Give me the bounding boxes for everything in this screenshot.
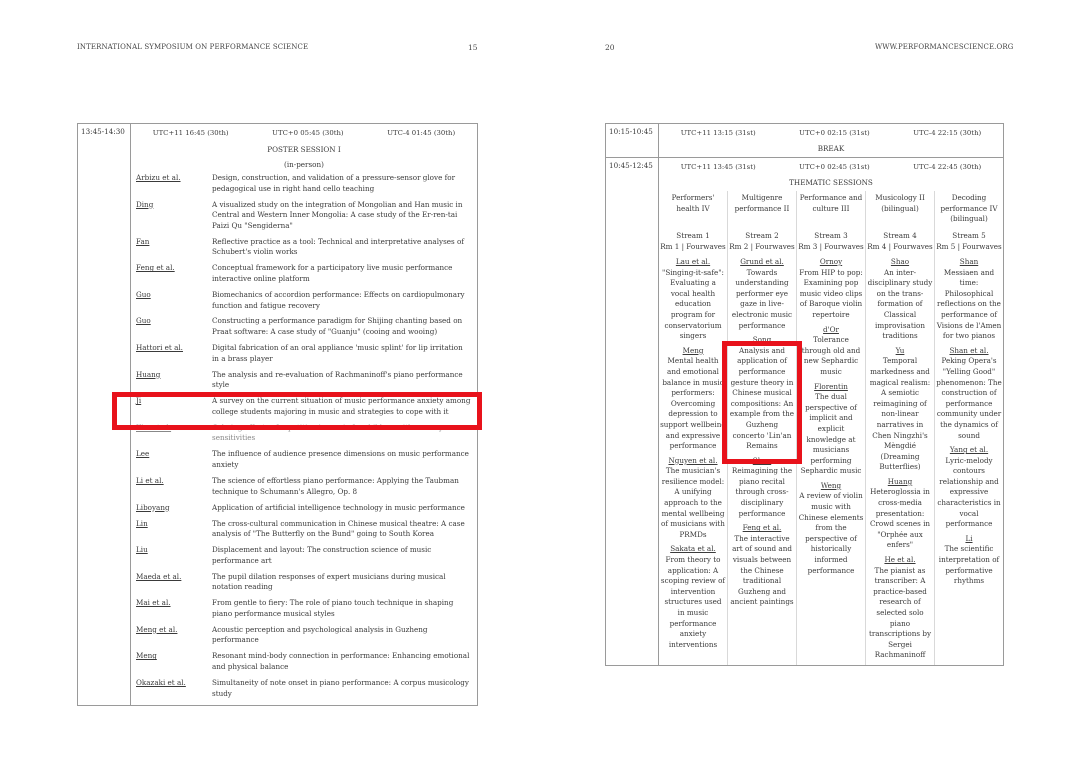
paper-entry: Shan et al.Peking Opera's "Yelling Good"… bbox=[936, 346, 1002, 441]
poster-row: LeeThe influence of audience presence di… bbox=[131, 449, 477, 470]
paper-author[interactable]: Li bbox=[936, 534, 1002, 545]
paper-author[interactable]: Weng bbox=[798, 481, 864, 492]
poster-title: Constructing a performance paradigm for … bbox=[212, 316, 471, 337]
paper-title: Messiaen and time: Philosophical reflect… bbox=[936, 268, 1002, 342]
paper-title: The scientific interpretation of perform… bbox=[936, 544, 1002, 586]
poster-row: LiboyangApplication of artificial intell… bbox=[131, 503, 477, 514]
paper-entry: Grund et al.Towards understanding perfor… bbox=[729, 257, 795, 331]
paper-entry: ShaoAn inter-disciplinary study on the t… bbox=[867, 257, 933, 342]
poster-row: Arbizu et al.Design, construction, and v… bbox=[131, 173, 477, 194]
poster-row: GuoConstructing a performance paradigm f… bbox=[131, 316, 477, 337]
utc-minus4: UTC-4 22:15 (30th) bbox=[913, 128, 981, 142]
paper-title: An inter-disciplinary study on the trans… bbox=[867, 268, 933, 342]
paper-title: Lyric-melody contours relationship and e… bbox=[936, 456, 1002, 530]
poster-title: Reflective practice as a tool: Technical… bbox=[212, 237, 471, 258]
stream-label: Stream 2 bbox=[729, 231, 795, 242]
poster-title: Acoustic perception and psychological an… bbox=[212, 625, 471, 646]
left-page: INTERNATIONAL SYMPOSIUM ON PERFORMANCE S… bbox=[0, 0, 540, 764]
poster-title: A visualized study on the integration of… bbox=[212, 200, 471, 232]
running-head: INTERNATIONAL SYMPOSIUM ON PERFORMANCE S… bbox=[77, 43, 308, 51]
break-title: BREAK bbox=[659, 142, 1003, 157]
paper-title: Tolerance through old and new Sephardic … bbox=[798, 335, 864, 377]
paper-entry: LiThe scientific interpretation of perfo… bbox=[936, 534, 1002, 587]
poster-author[interactable]: Feng et al. bbox=[136, 263, 212, 284]
stream-room: Stream 1Rm 1 | Fourwaves bbox=[660, 231, 726, 257]
poster-author[interactable]: Ding bbox=[136, 200, 212, 232]
poster-author[interactable]: Lin bbox=[136, 519, 212, 540]
poster-row: MengResonant mind-body connection in per… bbox=[131, 651, 477, 672]
poster-author[interactable]: Li et al. bbox=[136, 476, 212, 497]
paper-title: "Singing-it-safe": Evaluating a vocal he… bbox=[660, 268, 726, 342]
paper-title: From HIP to pop: Examining pop music vid… bbox=[798, 268, 864, 321]
poster-title: The analysis and re-evaluation of Rachma… bbox=[212, 370, 471, 391]
paper-author[interactable]: Feng et al. bbox=[729, 523, 795, 534]
poster-list: Arbizu et al.Design, construction, and v… bbox=[131, 173, 477, 699]
poster-row: Maeda et al.The pupil dilation responses… bbox=[131, 572, 477, 593]
utc-plus0: UTC+0 05:45 (30th) bbox=[272, 128, 343, 142]
poster-title: Resonant mind-body connection in perform… bbox=[212, 651, 471, 672]
session-title: POSTER SESSION I bbox=[131, 142, 477, 157]
poster-title: The science of effortless piano performa… bbox=[212, 476, 471, 497]
poster-author[interactable]: Mai et al. bbox=[136, 598, 212, 619]
paper-title: Mental health and emotional balance in m… bbox=[660, 356, 726, 451]
paper-entry: Nguyen et al.The musician's resilience m… bbox=[660, 456, 726, 541]
poster-row: GuoBiomechanics of accordion performance… bbox=[131, 290, 477, 311]
room-label: Rm 4 | Fourwaves bbox=[867, 242, 933, 253]
paper-entry: MengMental health and emotional balance … bbox=[660, 346, 726, 452]
utc-minus4: UTC-4 22:45 (30th) bbox=[913, 162, 981, 176]
poster-row: JiA survey on the current situation of m… bbox=[131, 396, 477, 417]
poster-title: Biomechanics of accordion performance: E… bbox=[212, 290, 471, 311]
poster-row: HuangThe analysis and re-evaluation of R… bbox=[131, 370, 477, 391]
stream-column-2: Multigenre performance IIStream 2Rm 2 | … bbox=[727, 191, 796, 665]
poster-author[interactable]: Fan bbox=[136, 237, 212, 258]
stream-label: Stream 1 bbox=[660, 231, 726, 242]
utc-plus11: UTC+11 13:15 (31st) bbox=[681, 128, 756, 142]
stream-column-3: Performance and culture IIIStream 3Rm 3 … bbox=[796, 191, 865, 665]
paper-author[interactable]: Grund et al. bbox=[729, 257, 795, 268]
paper-entry: FlorentinThe dual perspective of implici… bbox=[798, 382, 864, 477]
poster-author[interactable]: Ji bbox=[136, 396, 212, 417]
room-label: Rm 5 | Fourwaves bbox=[936, 242, 1002, 253]
paper-author[interactable]: Shen bbox=[729, 456, 795, 467]
poster-author[interactable]: Lee bbox=[136, 449, 212, 470]
paper-author[interactable]: d'Or bbox=[798, 325, 864, 336]
utc-plus11: UTC+11 13:45 (31st) bbox=[681, 162, 756, 176]
poster-author[interactable]: Hattori et al. bbox=[136, 343, 212, 364]
paper-entry: ShenReimagining the piano recital throug… bbox=[729, 456, 795, 520]
paper-author[interactable]: Nguyen et al. bbox=[660, 456, 726, 467]
stream-label: Stream 4 bbox=[867, 231, 933, 242]
utc-plus0: UTC+0 02:15 (31st) bbox=[799, 128, 870, 142]
poster-author[interactable]: Maeda et al. bbox=[136, 572, 212, 593]
stream-name: Performers' health IV bbox=[660, 191, 726, 231]
paper-entry: OrnoyFrom HIP to pop: Examining pop musi… bbox=[798, 257, 864, 321]
paper-title: The interactive art of sound and visuals… bbox=[729, 534, 795, 608]
poster-title: The pupil dilation responses of expert m… bbox=[212, 572, 471, 593]
poster-author[interactable]: Guo bbox=[136, 316, 212, 337]
poster-session-table: 13:45-14:30 UTC+11 16:45 (30th) UTC+0 05… bbox=[77, 123, 478, 706]
room-label: Rm 1 | Fourwaves bbox=[660, 242, 726, 253]
paper-title: The dual perspective of implicit and exp… bbox=[798, 392, 864, 477]
paper-entry: HuangHeteroglossia in cross-media presen… bbox=[867, 477, 933, 551]
paper-author[interactable]: Song bbox=[729, 335, 795, 346]
poster-row: Li et al.The science of effortless piano… bbox=[131, 476, 477, 497]
poster-title: From gentle to fiery: The role of piano … bbox=[212, 598, 471, 619]
paper-entry: He et al.The pianist as transcriber: A p… bbox=[867, 555, 933, 661]
poster-row: Kim et al.Calming effects of repetition … bbox=[131, 423, 477, 444]
stream-column-4: Musicology II (bilingual)Stream 4Rm 4 | … bbox=[865, 191, 934, 665]
poster-title: The influence of audience presence dimen… bbox=[212, 449, 471, 470]
thematic-time-slot: 10:45-12:45 bbox=[606, 158, 659, 666]
paper-title: Heteroglossia in cross-media presentatio… bbox=[867, 487, 933, 551]
paper-title: Peking Opera's "Yelling Good" phenomenon… bbox=[936, 356, 1002, 441]
thematic-session-table: 10:15-10:45 UTC+11 13:15 (31st) UTC+0 02… bbox=[605, 123, 1004, 666]
poster-title: The cross-cultural communication in Chin… bbox=[212, 519, 471, 540]
paper-author[interactable]: Shao bbox=[867, 257, 933, 268]
paper-entry: ShanMessiaen and time: Philosophical ref… bbox=[936, 257, 1002, 342]
paper-author[interactable]: Lau et al. bbox=[660, 257, 726, 268]
stream-room: Stream 5Rm 5 | Fourwaves bbox=[936, 231, 1002, 257]
paper-entry: SongAnalysis and application of performa… bbox=[729, 335, 795, 452]
paper-title: From theory to application: A scoping re… bbox=[660, 555, 726, 650]
paper-author[interactable]: Yang et al. bbox=[936, 445, 1002, 456]
paper-entry: YuTemporal markedness and magical realis… bbox=[867, 346, 933, 473]
paper-title: Towards understanding performer eye gaze… bbox=[729, 268, 795, 332]
room-label: Rm 3 | Fourwaves bbox=[798, 242, 864, 253]
stream-columns: Performers' health IVStream 1Rm 1 | Four… bbox=[659, 191, 1003, 665]
poster-row: LiuDisplacement and layout: The construc… bbox=[131, 545, 477, 566]
poster-row: FanReflective practice as a tool: Techni… bbox=[131, 237, 477, 258]
poster-row: Okazaki et al.Simultaneity of note onset… bbox=[131, 678, 477, 699]
poster-title: Design, construction, and validation of … bbox=[212, 173, 471, 194]
poster-author[interactable]: Meng bbox=[136, 651, 212, 672]
utc-plus0: UTC+0 02:45 (31st) bbox=[799, 162, 870, 176]
paper-author[interactable]: Shan et al. bbox=[936, 346, 1002, 357]
poster-row: DingA visualized study on the integratio… bbox=[131, 200, 477, 232]
utc-times: UTC+11 16:45 (30th) UTC+0 05:45 (30th) U… bbox=[131, 124, 477, 142]
page-number: 15 bbox=[468, 43, 478, 52]
paper-entry: Sakata et al.From theory to application:… bbox=[660, 544, 726, 650]
paper-entry: d'OrTolerance through old and new Sephar… bbox=[798, 325, 864, 378]
paper-entry: WengA review of violin music with Chines… bbox=[798, 481, 864, 576]
paper-author[interactable]: Yu bbox=[867, 346, 933, 357]
poster-title: Displacement and layout: The constructio… bbox=[212, 545, 471, 566]
running-head: WWW.PERFORMANCESCIENCE.ORG bbox=[875, 43, 1013, 51]
poster-author[interactable]: Liu bbox=[136, 545, 212, 566]
stream-column-5: Decoding performance IV (bilingual)Strea… bbox=[934, 191, 1003, 665]
stream-name: Musicology II (bilingual) bbox=[867, 191, 933, 231]
poster-author[interactable]: Okazaki et al. bbox=[136, 678, 212, 699]
poster-row: Mai et al.From gentle to fiery: The role… bbox=[131, 598, 477, 619]
paper-entry: Lau et al."Singing-it-safe": Evaluating … bbox=[660, 257, 726, 342]
stream-name: Decoding performance IV (bilingual) bbox=[936, 191, 1002, 231]
paper-author[interactable]: He et al. bbox=[867, 555, 933, 566]
poster-title: Conceptual framework for a participatory… bbox=[212, 263, 471, 284]
stream-room: Stream 3Rm 3 | Fourwaves bbox=[798, 231, 864, 257]
page-number: 20 bbox=[605, 43, 615, 52]
poster-row: Meng et al.Acoustic perception and psych… bbox=[131, 625, 477, 646]
room-label: Rm 2 | Fourwaves bbox=[729, 242, 795, 253]
poster-author[interactable]: Meng et al. bbox=[136, 625, 212, 646]
poster-title: Application of artificial intelligence t… bbox=[212, 503, 471, 514]
stream-room: Stream 4Rm 4 | Fourwaves bbox=[867, 231, 933, 257]
paper-title: Analysis and application of performance … bbox=[729, 346, 795, 452]
paper-author[interactable]: Shan bbox=[936, 257, 1002, 268]
paper-author[interactable]: Ornoy bbox=[798, 257, 864, 268]
time-slot: 13:45-14:30 bbox=[78, 124, 131, 706]
paper-entry: Feng et al.The interactive art of sound … bbox=[729, 523, 795, 608]
poster-author[interactable]: Liboyang bbox=[136, 503, 212, 514]
thematic-title: THEMATIC SESSIONS bbox=[659, 176, 1003, 191]
paper-author[interactable]: Sakata et al. bbox=[660, 544, 726, 555]
poster-author[interactable]: Guo bbox=[136, 290, 212, 311]
poster-row: Hattori et al.Digital fabrication of an … bbox=[131, 343, 477, 364]
break-time-slot: 10:15-10:45 bbox=[606, 124, 659, 158]
stream-name: Performance and culture III bbox=[798, 191, 864, 231]
poster-author[interactable]: Arbizu et al. bbox=[136, 173, 212, 194]
paper-author[interactable]: Meng bbox=[660, 346, 726, 357]
poster-title: Simultaneity of note onset in piano perf… bbox=[212, 678, 471, 699]
thematic-utc-times: UTC+11 13:45 (31st) UTC+0 02:45 (31st) U… bbox=[659, 158, 1003, 176]
paper-title: The pianist as transcriber: A practice-b… bbox=[867, 566, 933, 661]
utc-plus11: UTC+11 16:45 (30th) bbox=[153, 128, 229, 142]
paper-entry: Yang et al.Lyric-melody contours relatio… bbox=[936, 445, 1002, 530]
poster-title: Digital fabrication of an oral appliance… bbox=[212, 343, 471, 364]
paper-title: Reimagining the piano recital through cr… bbox=[729, 466, 795, 519]
paper-title: Temporal markedness and magical realism:… bbox=[867, 356, 933, 473]
session-mode: (in-person) bbox=[131, 157, 477, 173]
poster-row: Feng et al.Conceptual framework for a pa… bbox=[131, 263, 477, 284]
poster-title: A survey on the current situation of mus… bbox=[212, 396, 471, 417]
poster-title: Calming effects of repetition in music f… bbox=[212, 423, 471, 444]
stream-column-1: Performers' health IVStream 1Rm 1 | Four… bbox=[659, 191, 727, 665]
stream-room: Stream 2Rm 2 | Fourwaves bbox=[729, 231, 795, 257]
stream-label: Stream 5 bbox=[936, 231, 1002, 242]
paper-author[interactable]: Florentin bbox=[798, 382, 864, 393]
break-utc-times: UTC+11 13:15 (31st) UTC+0 02:15 (31st) U… bbox=[659, 124, 1003, 142]
paper-title: A review of violin music with Chinese el… bbox=[798, 491, 864, 576]
stream-label: Stream 3 bbox=[798, 231, 864, 242]
poster-author[interactable]: Kim et al. bbox=[136, 423, 212, 444]
poster-row: LinThe cross-cultural communication in C… bbox=[131, 519, 477, 540]
utc-minus4: UTC-4 01:45 (30th) bbox=[387, 128, 455, 142]
paper-author[interactable]: Huang bbox=[867, 477, 933, 488]
stream-name: Multigenre performance II bbox=[729, 191, 795, 231]
poster-author[interactable]: Huang bbox=[136, 370, 212, 391]
paper-title: The musician's resilience model: A unify… bbox=[660, 466, 726, 540]
